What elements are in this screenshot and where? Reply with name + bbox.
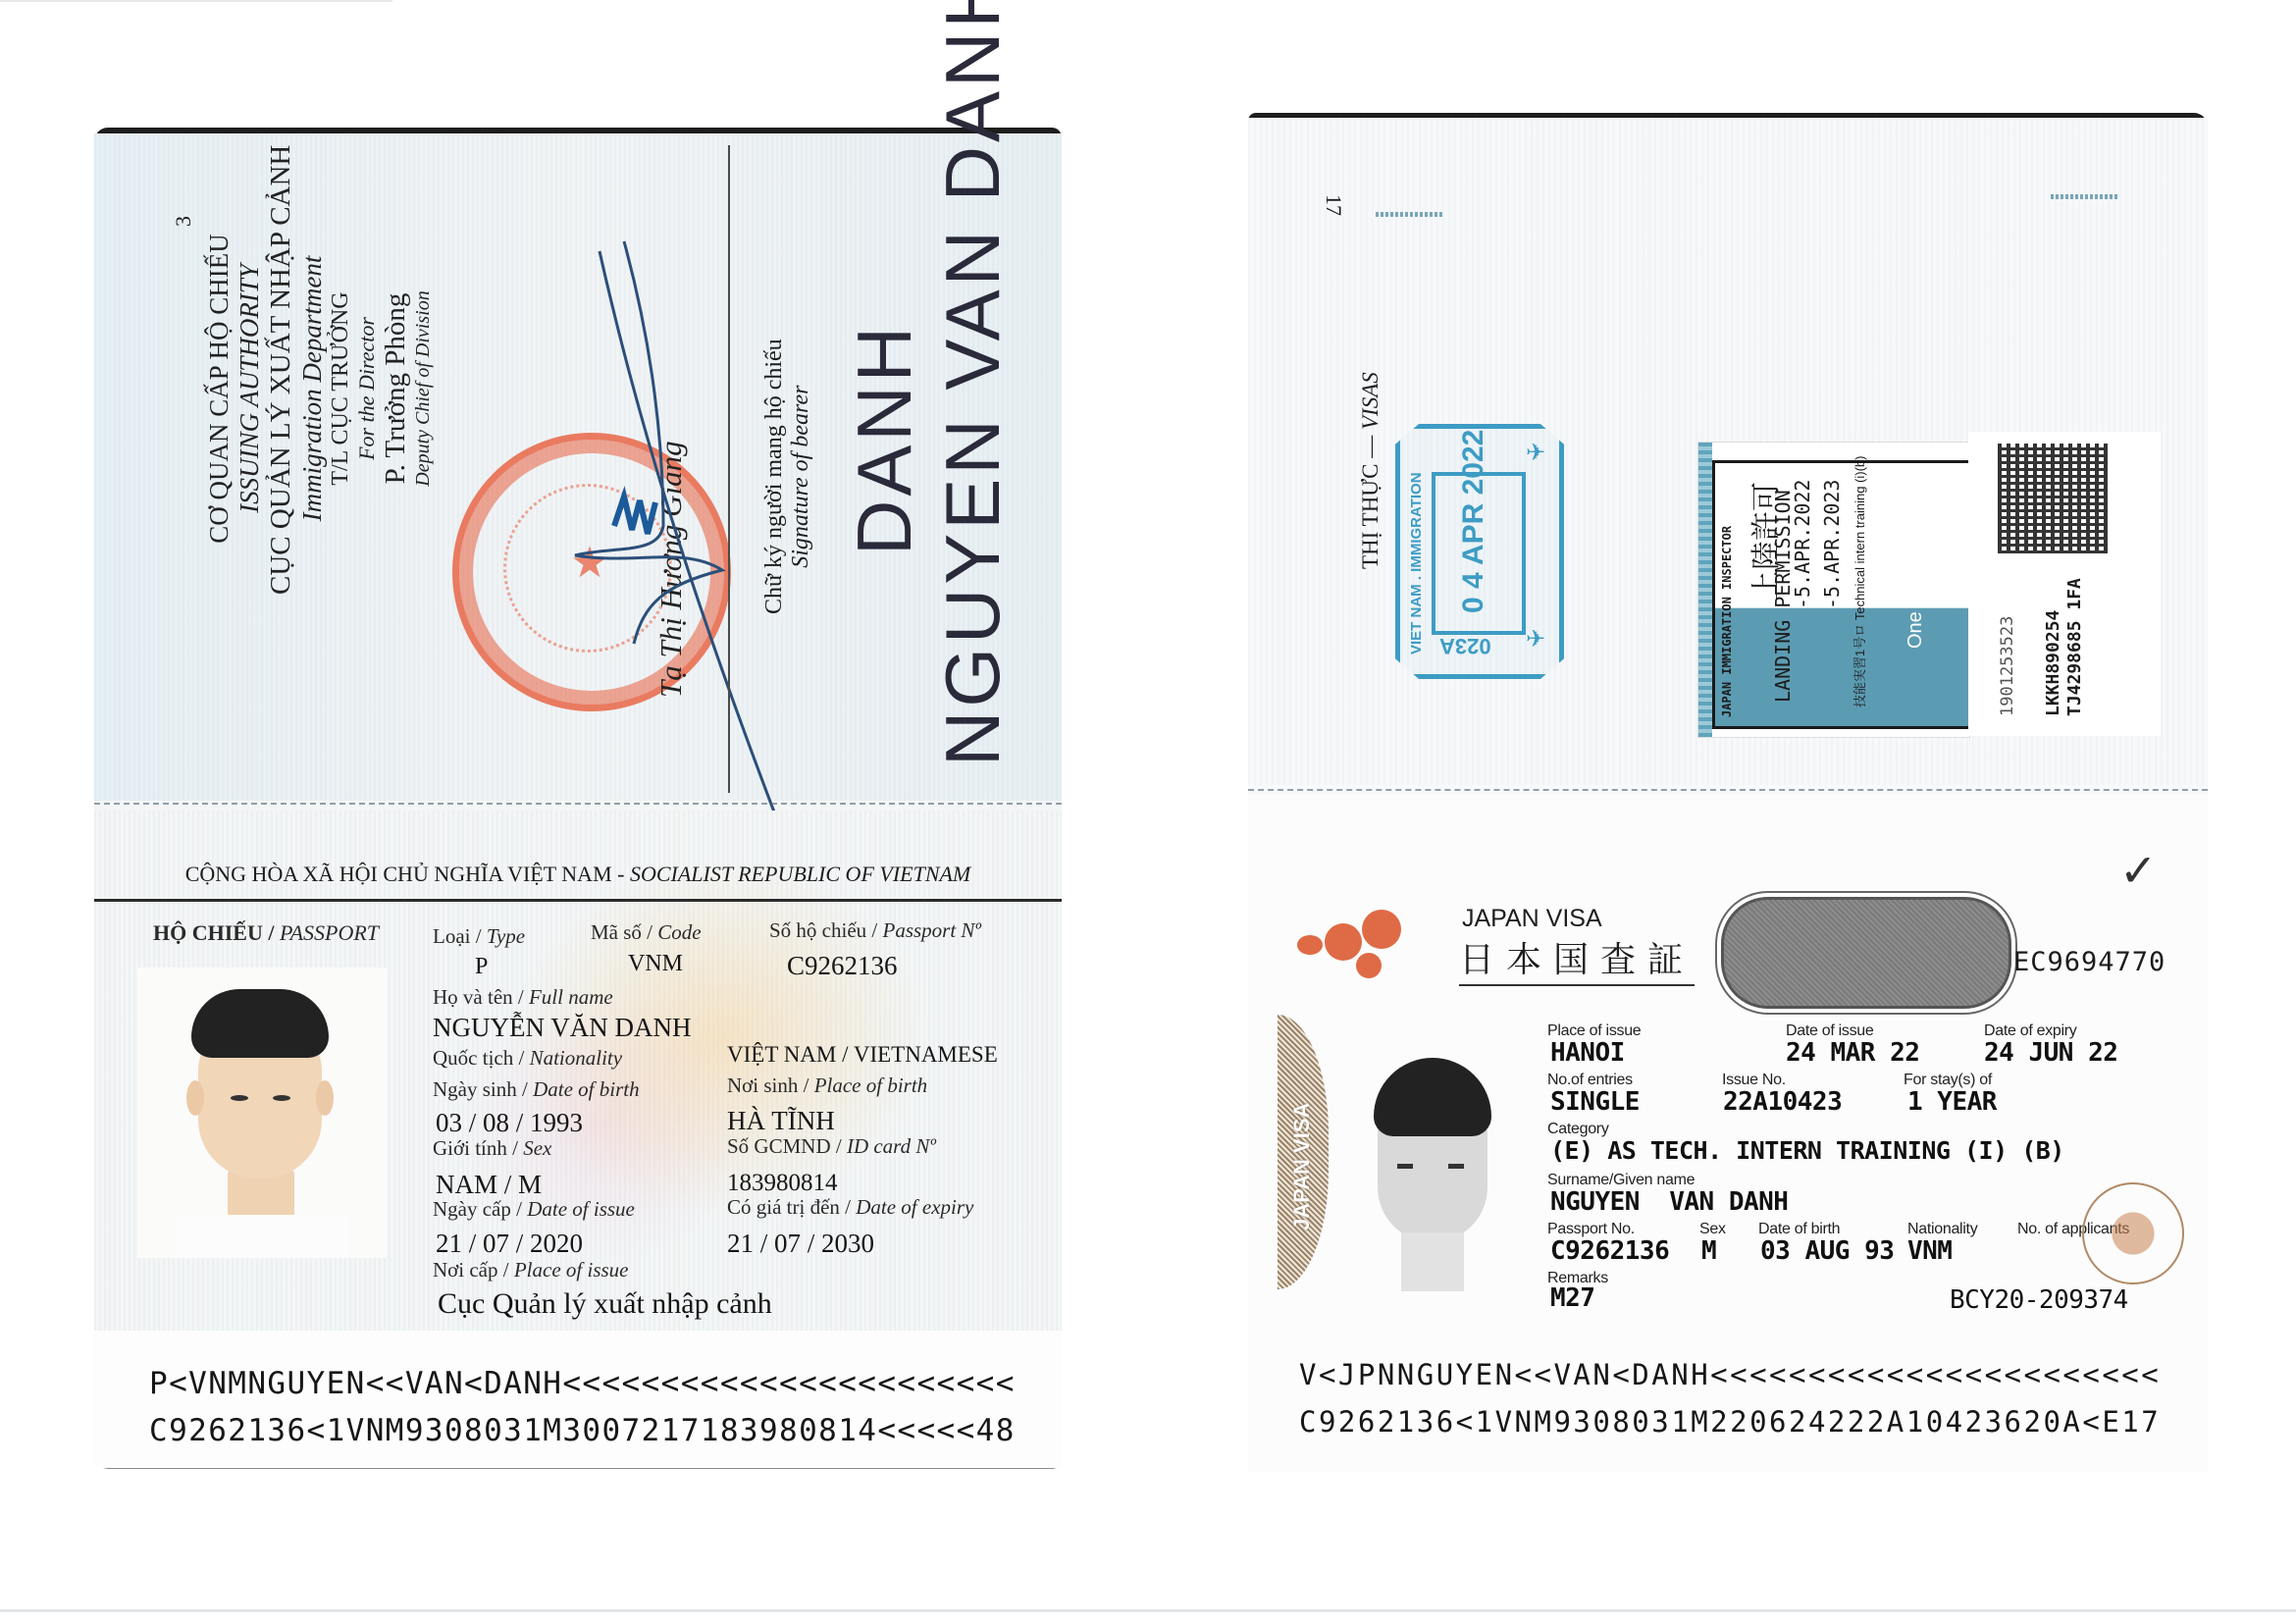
sex-value: NAM / M [436, 1170, 542, 1200]
id-card-value: 183980814 [727, 1170, 838, 1197]
doe-label: Có giá trị đến / Date of expiry [727, 1195, 973, 1220]
authority-label-en: ISSUING AUTHORITY [235, 183, 265, 595]
entry-stamp-code: 023A [1439, 633, 1491, 658]
passport-no-value: C9262136 [1550, 1236, 1669, 1266]
plane-icon: ✈ [1526, 625, 1545, 654]
scan-edge [0, 1609, 2296, 1612]
security-mark [1376, 212, 1444, 217]
pob-value: HÀ TĨNH [727, 1106, 835, 1136]
title-en: Deputy Chief of Division [412, 183, 435, 595]
category-value: (E) AS TECH. INTERN TRAINING (I) (B) [1550, 1136, 2064, 1165]
country-header: CỘNG HÒA XÃ HỘI CHỦ NGHĨA VIỆT NAM - SOC… [94, 850, 1062, 902]
landing-permission-sticker: JAPAN IMMIGRATION INSPECTOR 上陸許可 LANDING… [1697, 442, 1970, 738]
nationality-label: Quốc tịch / Nationality [433, 1046, 622, 1071]
dob-value: 03 / 08 / 1993 [436, 1108, 583, 1138]
landing-duration: One Year [1905, 567, 1927, 649]
entry-stamp: VIET NAM . IMMIGRATION 0 4 APR 2022 023A… [1395, 424, 1564, 679]
visa-stamps-page: 17 THỊ THỰC — VISAS VIET NAM . IMMIGRATI… [1248, 118, 2208, 785]
passport-authority-page: 3 CƠ QUAN CẤP HỘ CHIẾU ISSUING AUTHORITY… [94, 133, 1062, 801]
landing-code-panel: 1901253523 LKKH890254 TJ4298685 1FA [1968, 432, 2161, 736]
landing-date-of-permit: -5.APR.2022 [1791, 480, 1814, 609]
place-of-issue-value: HANOI [1550, 1038, 1625, 1068]
security-guilloche [1721, 897, 2011, 1009]
type-value: P [475, 954, 488, 980]
country-header-vi: CỘNG HÒA XÃ HỘI CHỦ NGHĨA VIỆT NAM - [185, 862, 630, 886]
visa-mrz-line-1: V<JPNNGUYEN<<VAN<DANH<<<<<<<<<<<<<<<<<<<… [1299, 1358, 2161, 1391]
bearer-signature-label-en: Signature of bearer [788, 339, 814, 614]
visa-title-ja: 日本国査証 [1459, 932, 1695, 986]
bearer-signature-line-1: DANH [840, 323, 929, 555]
divider-vertical [728, 145, 730, 793]
poi-label: Nơi cấp / Place of issue [433, 1258, 628, 1283]
official-signature [467, 232, 781, 840]
mrz-line-2: C9262136<1VNM9308031M3007217183980814<<<… [149, 1413, 1016, 1448]
department-en: Immigration Department [297, 183, 328, 595]
sakura-emblem-icon [1297, 908, 1405, 986]
japan-visa-strip: JAPAN VISA [1278, 1015, 1329, 1289]
visa-title-en: JAPAN VISA [1462, 905, 1602, 933]
doe-value: 21 / 07 / 2030 [727, 1229, 874, 1259]
document-label: HỘ CHIẾU / PASSPORT [153, 920, 379, 946]
mrz-zone: P<VNMNGUYEN<<VAN<DANH<<<<<<<<<<<<<<<<<<<… [94, 1331, 1062, 1468]
entry-stamp-date: 0 4 APR 2022 [1457, 430, 1490, 613]
title-vi: P. Trưởng Phòng [380, 183, 412, 595]
passport-bio-page: CỘNG HÒA XÃ HỘI CHỦ NGHĨA VIỆT NAM - SOC… [94, 811, 1062, 1468]
full-name-value: NGUYỄN VĂN DANH [433, 1013, 692, 1043]
full-name-label: Họ và tên / Full name [433, 985, 613, 1010]
control-number: BCY20-209374 [1950, 1285, 2128, 1315]
bearer-signature-labels: Chữ ký người mang hộ chiếu Signature of … [761, 339, 814, 614]
issuing-authority-block: CƠ QUAN CẤP HỘ CHIẾU ISSUING AUTHORITY C… [204, 183, 435, 595]
bearer-signature-label-vi: Chữ ký người mang hộ chiếu [761, 339, 788, 614]
qr-code[interactable] [1998, 444, 2108, 553]
page-number: 17 [1321, 194, 1346, 216]
date-of-issue-value: 24 MAR 22 [1786, 1038, 1919, 1068]
scan-edge [0, 0, 392, 2]
landing-code-1: LKKH890254 [2043, 610, 2063, 716]
pob-label: Nơi sinh / Place of birth [727, 1073, 927, 1098]
page-seam [1248, 789, 2208, 791]
ministry-seal [2082, 1182, 2184, 1284]
passport-no-label: Số hộ chiếu / Passport Nº [769, 918, 981, 943]
page-number: 3 [171, 216, 196, 227]
page-seam [94, 803, 1062, 805]
visas-section-title: THỊ THỰC — VISAS [1358, 372, 1383, 569]
landing-serial: 1901253523 [1998, 616, 2017, 716]
date-of-expiry-value: 24 JUN 22 [1984, 1038, 2117, 1068]
poi-value: Cục Quản lý xuất nhập cảnh [438, 1287, 772, 1321]
sex-value: M [1701, 1236, 1716, 1266]
nationality-value: VIỆT NAM / VIETNAMESE [727, 1042, 998, 1068]
landing-status: 技能実習1号ロ Technical intern training (i)(b) [1850, 456, 1868, 707]
visa-holder-photo [1338, 1026, 1525, 1311]
doi-label: Ngày cấp / Date of issue [433, 1197, 635, 1222]
country-header-en: SOCIALIST REPUBLIC OF VIETNAM [630, 862, 970, 886]
department-vi: CỤC QUẢN LÝ XUẤT NHẬP CẢNH [265, 183, 297, 595]
entries-value: SINGLE [1550, 1087, 1640, 1117]
issue-no-value: 22A10423 [1723, 1087, 1842, 1117]
type-label: Loại / Type [433, 924, 525, 949]
dob-value: 03 AUG 93 [1760, 1236, 1894, 1266]
code-value: VNM [628, 951, 683, 977]
departure-plane-icon: ✈ [1526, 439, 1545, 467]
visa-right-page: 17 THỊ THỰC — VISAS VIET NAM . IMMIGRATI… [1248, 113, 2208, 1472]
sex-label: Giới tính / Sex [433, 1136, 551, 1161]
landing-port: NARITA(2) [1930, 533, 1944, 590]
passport-left-page: 3 CƠ QUAN CẤP HỘ CHIẾU ISSUING AUTHORITY… [94, 128, 1062, 1468]
landing-until: -5.APR.2023 [1820, 480, 1844, 609]
mrz-line-1: P<VNMNGUYEN<<VAN<DANH<<<<<<<<<<<<<<<<<<<… [149, 1366, 1016, 1401]
doi-value: 21 / 07 / 2020 [436, 1229, 583, 1259]
japan-visa-sticker: JAPAN VISA 日本国査証 ✓ EC9694770 JAPAN VISA … [1248, 795, 2208, 1472]
name-value: NGUYEN VAN DANH [1550, 1187, 1788, 1217]
nationality-value: VNM [1907, 1236, 1952, 1266]
remarks-value: M27 [1550, 1283, 1594, 1313]
holder-photo [137, 968, 387, 1258]
for-director-vi: T/L CỤC TRƯỞNG [328, 183, 354, 595]
landing-header: JAPAN IMMIGRATION INSPECTOR [1720, 526, 1734, 717]
code-label: Mã số / Code [591, 920, 702, 945]
entry-stamp-header: VIET NAM . IMMIGRATION [1408, 472, 1425, 654]
bearer-signature-line-2: NGUYEN VAN DANH [928, 0, 1018, 766]
id-card-label: Số GCMND / ID card Nº [727, 1134, 936, 1159]
visa-number: EC9694770 [2013, 947, 2166, 977]
check-mark: ✓ [2119, 844, 2158, 897]
security-mark [2051, 194, 2119, 199]
stay-value: 1 YEAR [1907, 1087, 1997, 1117]
dob-label: Ngày sinh / Date of birth [433, 1077, 640, 1102]
landing-code-2: TJ4298685 1FA [2064, 578, 2085, 716]
passport-number: C9262136 [787, 951, 898, 981]
authority-label-vi: CƠ QUAN CẤP HỘ CHIẾU [204, 183, 235, 595]
for-director-en: For the Director [354, 183, 380, 595]
visa-mrz-line-2: C9262136<1VNM9308031M220624222A10423620A… [1299, 1405, 2161, 1439]
